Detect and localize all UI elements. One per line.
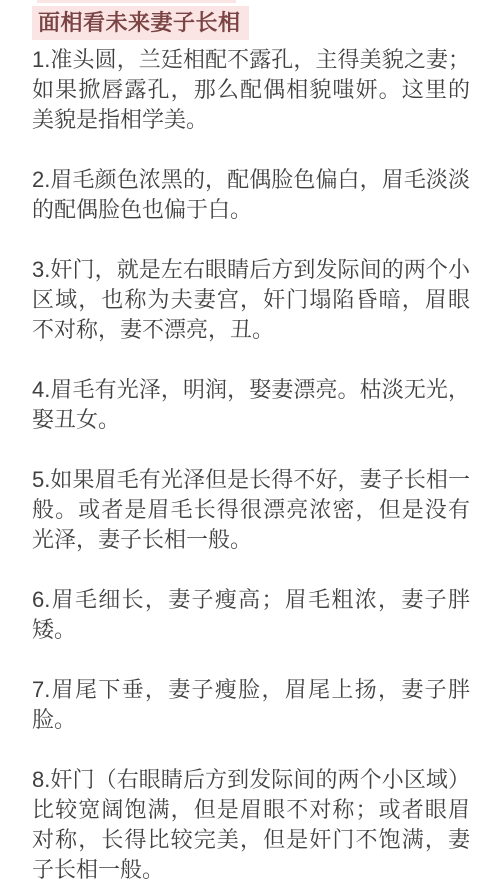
article-title: 面相看未来妻子长相 — [32, 6, 249, 40]
article-page: 面相看未来妻子长相 1.准头圆，兰廷相配不露孔，主得美貌之妻；如果掀唇露孔，那么… — [0, 0, 500, 883]
paragraph-3: 3.奸门，就是左右眼睛后方到发际间的两个小区域，也称为夫妻宫，奸门塌陷昏暗，眉眼… — [32, 255, 470, 345]
paragraph-5: 5.如果眉毛有光泽但是长得不好，妻子长相一般。或者是眉毛长得很漂亮浓密，但是没有… — [32, 465, 470, 555]
paragraph-8: 8.奸门（右眼睛后方到发际间的两个小区域）比较宽阔饱满，但是眉眼不对称；或者眼眉… — [32, 765, 470, 883]
article-title-row: 面相看未来妻子长相 — [32, 6, 470, 40]
paragraph-6: 6.眉毛细长，妻子瘦高；眉毛粗浓，妻子胖矮。 — [32, 585, 470, 645]
paragraph-4: 4.眉毛有光泽，明润，娶妻漂亮。枯淡无光，娶丑女。 — [32, 375, 470, 435]
cutoff-highlight-strip — [37, 0, 236, 3]
paragraph-1: 1.准头圆，兰廷相配不露孔，主得美貌之妻；如果掀唇露孔，那么配偶相貌嗤妍。这里的… — [32, 45, 470, 135]
paragraph-2: 2.眉毛颜色浓黑的，配偶脸色偏白，眉毛淡淡的配偶脸色也偏于白。 — [32, 165, 470, 225]
paragraph-7: 7.眉尾下垂，妻子瘦脸，眉尾上扬，妻子胖脸。 — [32, 675, 470, 735]
article-content: 面相看未来妻子长相 1.准头圆，兰廷相配不露孔，主得美貌之妻；如果掀唇露孔，那么… — [0, 0, 500, 883]
